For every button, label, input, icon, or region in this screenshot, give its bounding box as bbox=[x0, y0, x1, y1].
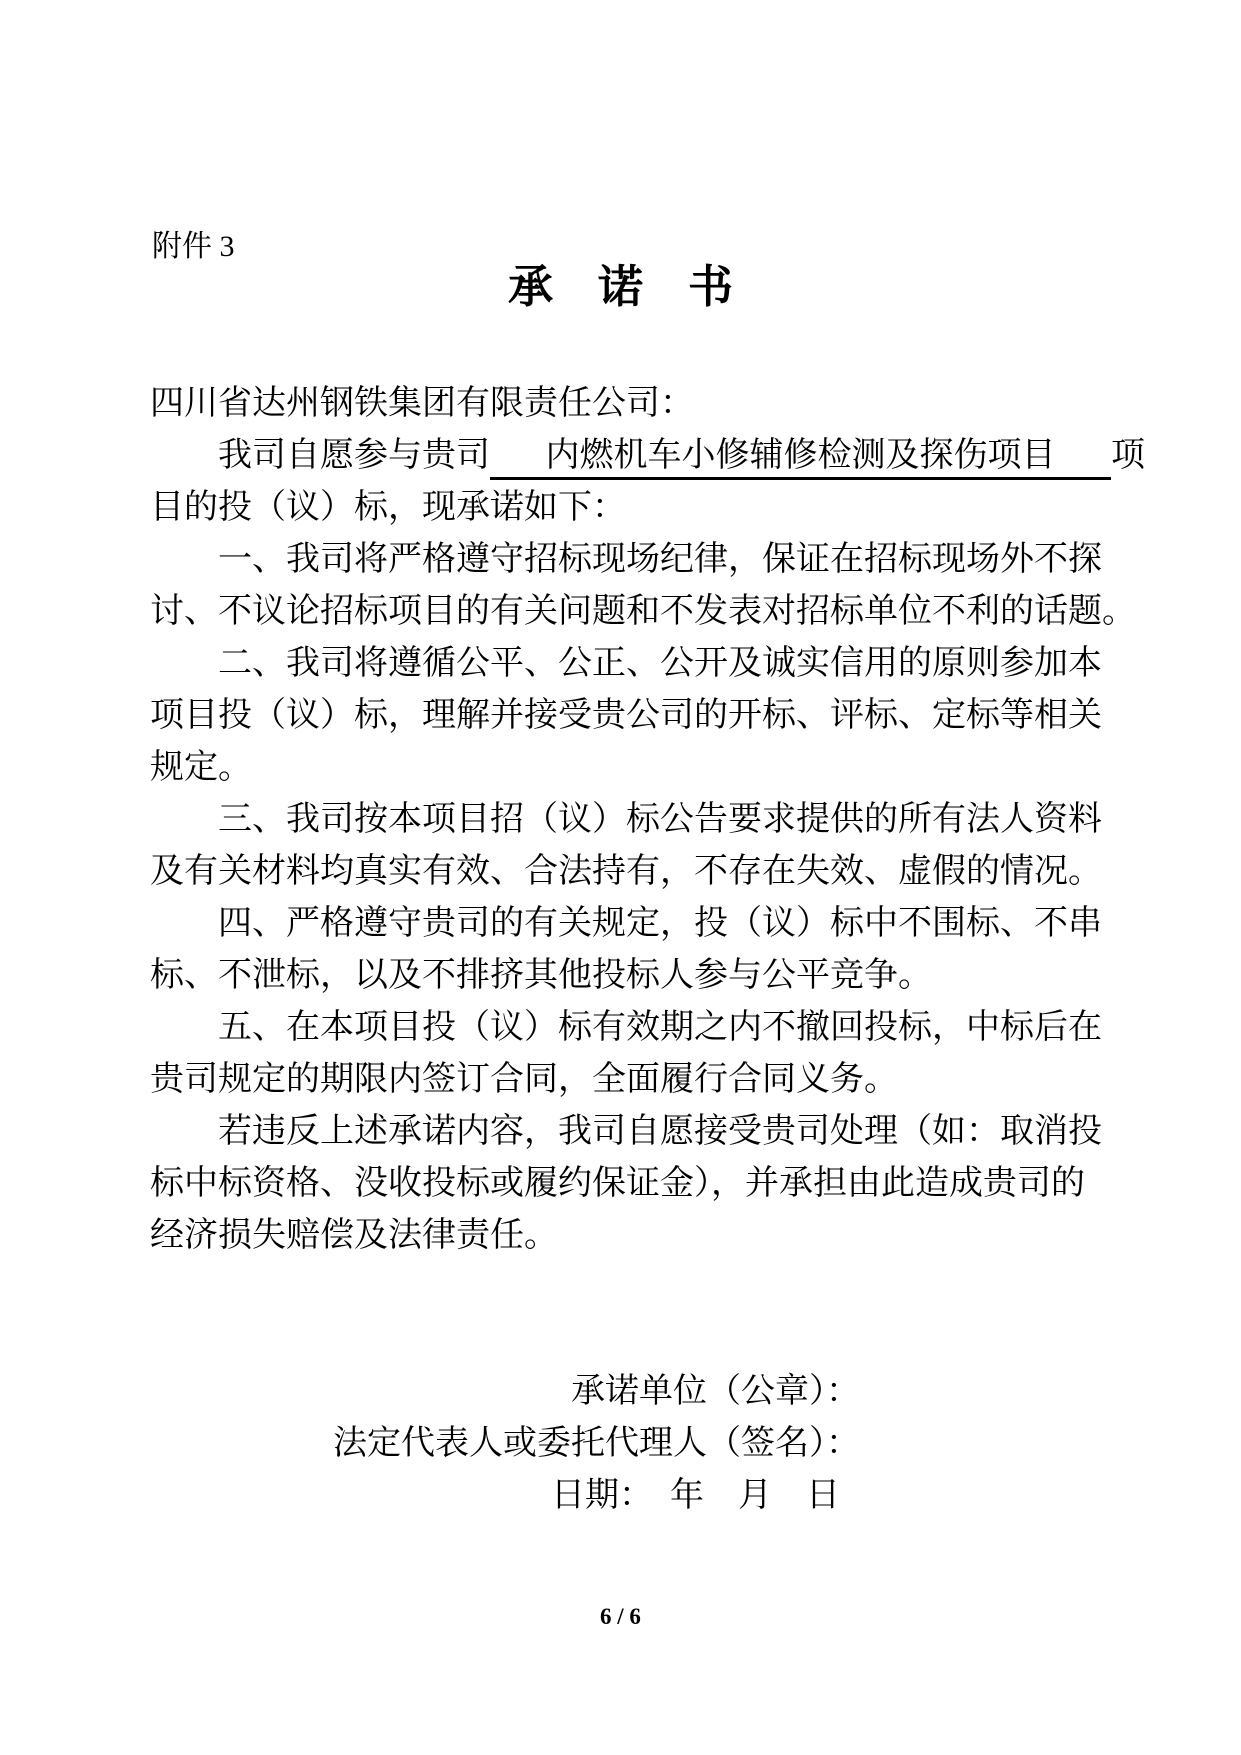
document-page: 附件 3 承 诺 书 四川省达州钢铁集团有限责任公司： 我司自愿参与贵司 内燃机… bbox=[0, 0, 1241, 1755]
signature-unit-label: 承诺单位（公章）： bbox=[150, 1366, 1145, 1418]
opening-prefix: 我司自愿参与贵司 bbox=[218, 430, 490, 482]
body-line: 目的投（议）标，现承诺如下： bbox=[150, 482, 1145, 534]
signature-representative-label: 法定代表人或委托代理人（签名）： bbox=[150, 1418, 1145, 1470]
body-line: 讨、不议论招标项目的有关问题和不发表对招标单位不利的话题。 bbox=[150, 586, 1145, 638]
addressee-line: 四川省达州钢铁集团有限责任公司： bbox=[150, 378, 1145, 430]
body-line: 四、严格遵守贵司的有关规定，投（议）标中不围标、不串 bbox=[150, 898, 1145, 950]
body-line: 一、我司将严格遵守招标现场纪律，保证在招标现场外不探 bbox=[150, 534, 1145, 586]
body-line: 项目投（议）标，理解并接受贵公司的开标、评标、定标等相关 bbox=[150, 690, 1145, 742]
body-line: 五、在本项目投（议）标有效期之内不撤回投标，中标后在 bbox=[150, 1002, 1145, 1054]
body-line: 若违反上述承诺内容，我司自愿接受贵司处理（如：取消投 bbox=[150, 1106, 1145, 1158]
project-name-underlined: 内燃机车小修辅修检测及探伤项目 bbox=[490, 430, 1111, 480]
body-line: 规定。 bbox=[150, 742, 1145, 794]
body-line: 经济损失赔偿及法律责任。 bbox=[150, 1210, 1145, 1262]
page-number: 6 / 6 bbox=[0, 1602, 1241, 1632]
body-paragraph-lines: 目的投（议）标，现承诺如下：一、我司将严格遵守招标现场纪律，保证在招标现场外不探… bbox=[150, 482, 1145, 1262]
body-line: 二、我司将遵循公平、公正、公开及诚实信用的原则参加本 bbox=[150, 638, 1145, 690]
letter-body: 四川省达州钢铁集团有限责任公司： 我司自愿参与贵司 内燃机车小修辅修检测及探伤项… bbox=[150, 378, 1145, 1522]
opening-suffix: 项 bbox=[1111, 430, 1145, 482]
opening-line: 我司自愿参与贵司 内燃机车小修辅修检测及探伤项目 项 bbox=[150, 430, 1145, 482]
page-title: 承 诺 书 bbox=[0, 256, 1241, 318]
signature-block: 承诺单位（公章）： 法定代表人或委托代理人（签名）： 日期： 年 月 日 bbox=[150, 1366, 1145, 1522]
signature-date-label: 日期： 年 月 日 bbox=[150, 1470, 1145, 1522]
body-line: 及有关材料均真实有效、合法持有，不存在失效、虚假的情况。 bbox=[150, 846, 1145, 898]
body-line: 贵司规定的期限内签订合同，全面履行合同义务。 bbox=[150, 1054, 1145, 1106]
body-line: 标中标资格、没收投标或履约保证金），并承担由此造成贵司的 bbox=[150, 1158, 1145, 1210]
body-line: 标、不泄标，以及不排挤其他投标人参与公平竞争。 bbox=[150, 950, 1145, 1002]
body-line: 三、我司按本项目招（议）标公告要求提供的所有法人资料 bbox=[150, 794, 1145, 846]
